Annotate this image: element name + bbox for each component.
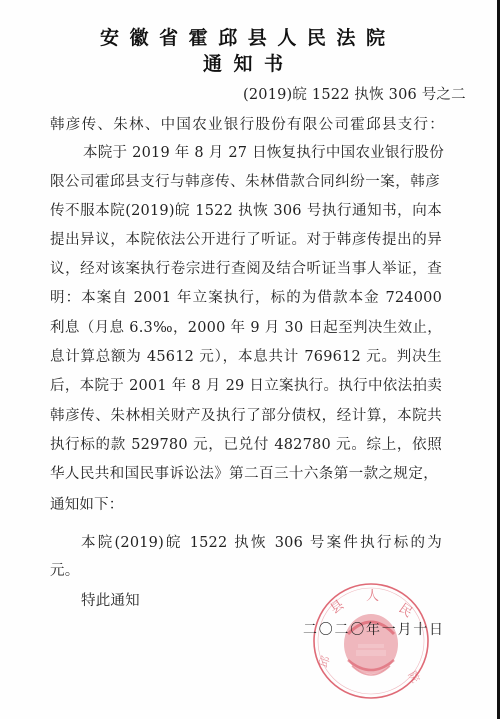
body-line: 后，本院于 2001 年 8 月 29 日立案执行。执行中依法拍卖了	[50, 376, 442, 396]
court-seal-icon: 县 人 民 邱 院	[312, 582, 430, 700]
case-number: (2019)皖 1522 执恢 306 号之二	[243, 85, 466, 105]
court-name-heading: 安徽省霍邱县人民法院	[100, 26, 385, 50]
addressee: 韩彦传、朱林、中国农业银行股份有限公司霍邱县支行：	[50, 115, 444, 135]
body-line: 提出异议，本院依法公开进行了听证。对于韩彦传提出的异	[50, 230, 442, 250]
decision-line: 本院(2019)皖 1522 执恢 306 号案件执行标的为 239832	[81, 533, 442, 553]
document-date: 二〇二〇年一月十日	[303, 620, 443, 640]
body-line: 明：本案自 2001 年立案执行，标的为借款本金 724000 元及	[50, 288, 442, 308]
document-type-heading: 通知书	[203, 52, 283, 76]
body-line: 执行标的款 529780 元，已兑付 482780 元。综上，依照《中	[50, 435, 442, 455]
body-line: 议，经对该案执行卷宗进行查阅及结合听证当事人举证，查	[50, 259, 442, 279]
body-line: 韩彦传、朱林相关财产及执行了部分债权，经计算，本院共	[50, 406, 442, 426]
closing-text: 特此通知	[81, 591, 140, 611]
body-line: 限公司霍邱县支行与韩彦传、朱林借款合同纠纷一案，韩彦	[50, 172, 440, 192]
svg-text:邱: 邱	[317, 654, 333, 669]
svg-text:民: 民	[396, 601, 415, 621]
body-line: 本院于 2019 年 8 月 27 日恢复执行中国农业银行股份有	[83, 143, 444, 163]
document-page: 安徽省霍邱县人民法院 通知书 (2019)皖 1522 执恢 306 号之二 韩…	[0, 0, 497, 719]
body-line: 华人民共和国民事诉讼法》第二百三十六条第一款之规定，	[50, 464, 438, 484]
body-line: 传不服本院(2019)皖 1522 执恢 306 号执行通知书，向本院	[50, 201, 442, 221]
svg-text:人: 人	[366, 589, 379, 604]
body-line: 利息（月息 6.3‰，2000 年 9 月 30 日起至判决生效止，利	[50, 318, 442, 338]
decision-line: 元。	[50, 561, 79, 581]
body-line: 通知如下：	[50, 495, 124, 515]
body-line: 息计算总额为 45612 元），本息共计 769612 元。判决生效	[50, 347, 442, 367]
